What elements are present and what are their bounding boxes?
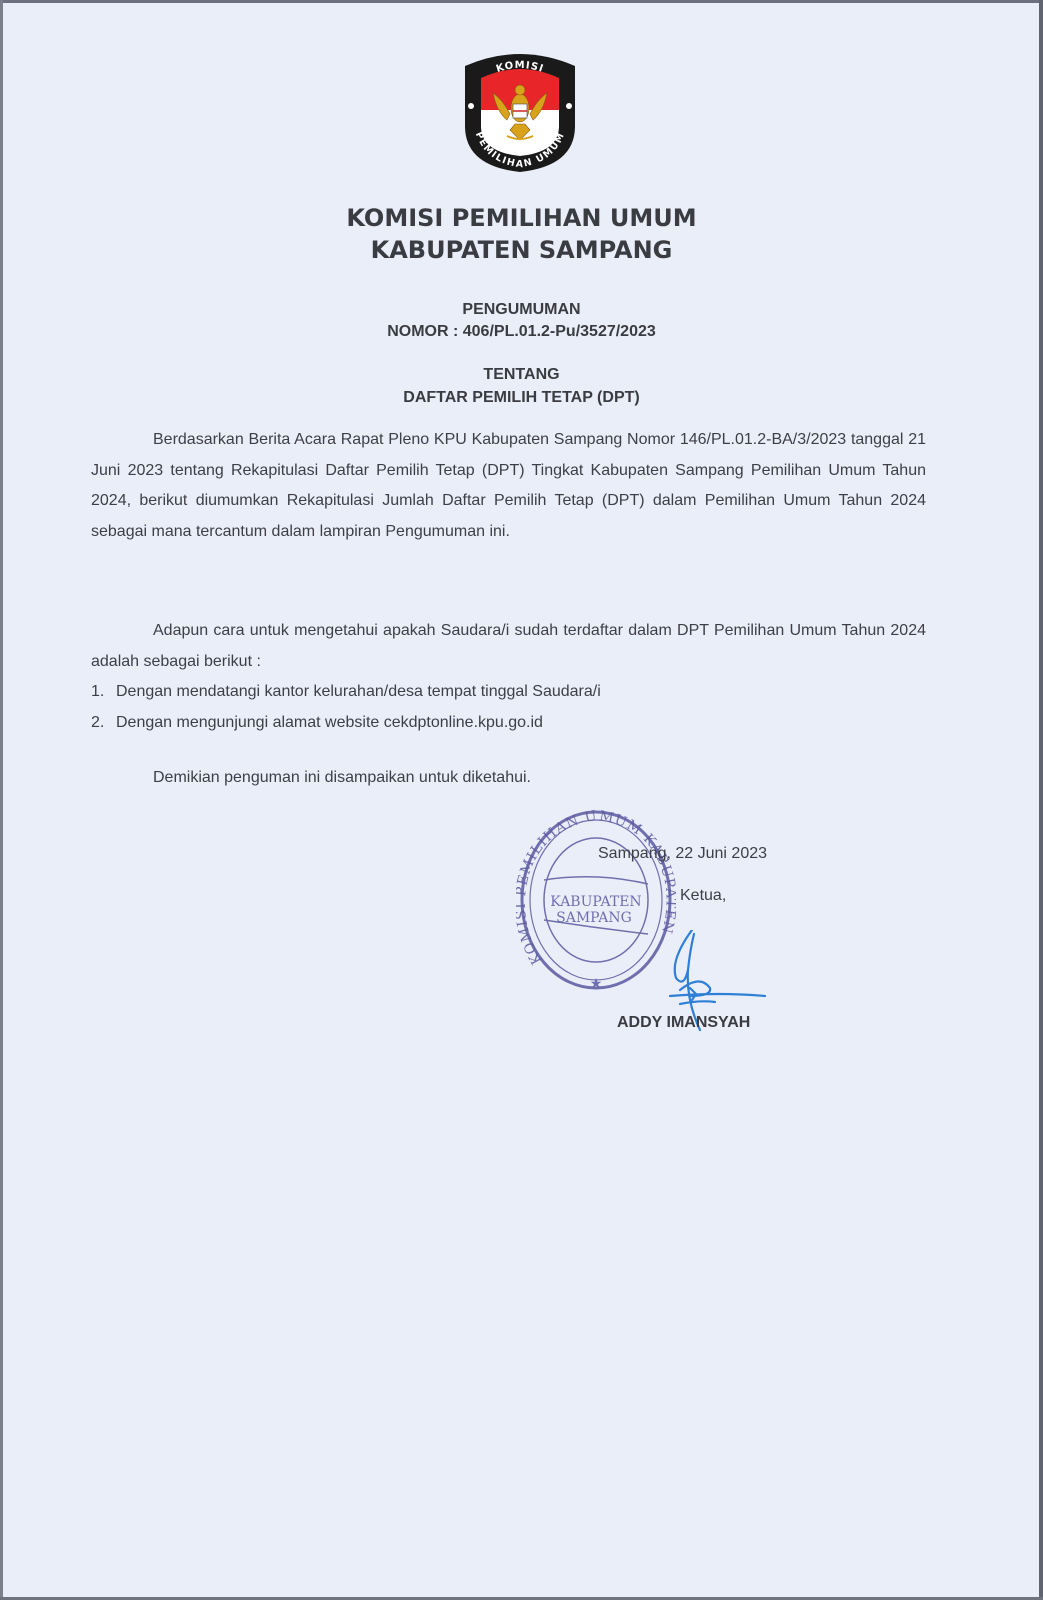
announcement-number: NOMOR : 406/PL.01.2-Pu/3527/2023	[0, 323, 1043, 341]
methods-list: 1. Dengan mendatangi kantor kelurahan/de…	[91, 677, 926, 738]
announcement-about-label: TENTANG	[0, 366, 1043, 384]
closing-statement: Demikian penguman ini disampaikan untuk …	[153, 769, 531, 787]
svg-text:KABUPATEN: KABUPATEN	[550, 894, 641, 910]
svg-text:SAMPANG: SAMPANG	[556, 910, 632, 926]
organization-name: KOMISI PEMILIHAN UMUM	[0, 204, 1043, 232]
signer-name: ADDY IMANSYAH	[617, 1014, 750, 1032]
kpu-garuda-emblem-icon: KOMISI PEMILIHAN UMUM	[455, 48, 585, 173]
announcement-type: PENGUMUMAN	[0, 301, 1043, 319]
body-paragraph-1: Berdasarkan Berita Acara Rapat Pleno KPU…	[91, 425, 926, 547]
body-paragraph-2: Adapun cara untuk mengetahui apakah Saud…	[91, 616, 926, 677]
list-item: 1. Dengan mendatangi kantor kelurahan/de…	[91, 677, 926, 708]
scan-edge-top	[0, 0, 1043, 3]
organization-region: KABUPATEN SAMPANG	[0, 236, 1043, 264]
svg-text:★: ★	[590, 975, 603, 991]
signature-place-date: Sampang, 22 Juni 2023	[598, 845, 767, 863]
signer-role: Ketua,	[680, 887, 726, 905]
announcement-subject: DAFTAR PEMILIH TETAP (DPT)	[0, 389, 1043, 407]
list-item: 2. Dengan mengunjungi alamat website cek…	[91, 708, 926, 739]
